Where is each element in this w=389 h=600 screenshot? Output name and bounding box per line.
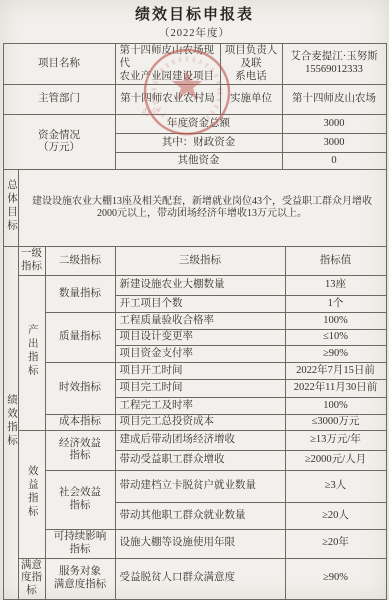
project-info-table: 项目名称 第十四师皮山农场现代 农业产业园建设项目 项目负责人及联 系电话 艾合… bbox=[3, 43, 387, 170]
indicator-row: 成本指标 项目完工总投资成本 ≤3000万元 bbox=[3, 414, 386, 430]
level2-quality: 质量指标 bbox=[45, 312, 115, 362]
performance-indicators-label: 绩效指标 bbox=[3, 247, 18, 600]
form-title: 绩效目标申报表 bbox=[0, 3, 389, 24]
level1-output: 产出指标 bbox=[18, 275, 45, 430]
indicator-row: 产出指标 数量指标 新建设施农业大棚数量 13座 bbox=[3, 275, 386, 295]
level2-timeliness: 时效指标 bbox=[45, 362, 115, 414]
indicator-value: 13座 bbox=[285, 275, 386, 295]
form-subtitle: （2022年度） bbox=[0, 25, 389, 40]
indicator-row: 满意 度指 标 服务对象 满意度指标 受益脱贫人口群众满意度 ≥90% bbox=[3, 558, 386, 599]
manager-label: 项目负责人及联 系电话 bbox=[220, 44, 282, 85]
table-row: 资金情况 （万元） 年度资金总额 3000 bbox=[3, 115, 386, 134]
overall-goal-text: 建设设施农业大棚13座及相关配套，新增就业岗位43个，受益职工群众月增收2000… bbox=[18, 170, 386, 247]
indicator-row: 可持续影响 指标 设施大棚等设施使用年限 ≥20年 bbox=[3, 529, 386, 558]
level2-economic: 经济效益 指标 bbox=[45, 430, 115, 470]
header-level2: 二级指标 bbox=[45, 247, 115, 276]
impl-unit-label: 实施单位 bbox=[220, 85, 282, 115]
indicator-name: 项目设计变更率 bbox=[115, 329, 285, 345]
indicator-value: ≤10% bbox=[285, 329, 386, 345]
project-name-label: 项目名称 bbox=[3, 44, 115, 85]
indicator-value: ≥90% bbox=[285, 558, 386, 599]
indicator-value: ≤3000万元 bbox=[285, 414, 386, 430]
funding-other-label: 其他资金 bbox=[115, 153, 282, 170]
indicator-value: 1个 bbox=[285, 295, 386, 312]
overall-goal-label: 总体目标 bbox=[3, 170, 18, 247]
funding-other-value: 0 bbox=[282, 153, 386, 170]
indicator-name: 受益脱贫人口群众满意度 bbox=[115, 558, 285, 599]
indicator-name: 工程质量验收合格率 bbox=[115, 312, 285, 329]
level2-quantity: 数量指标 bbox=[45, 275, 115, 312]
form-page: 绩效目标申报表 （2022年度） 项目名称 第十四师皮山农场现代 农业产业园建设… bbox=[0, 0, 389, 600]
indicator-name: 建成后带动团场经济增收 bbox=[115, 430, 285, 450]
indicator-row: 质量指标 工程质量验收合格率 100% bbox=[3, 312, 386, 329]
overall-goal-table: 总体目标 建设设施农业大棚13座及相关配套，新增就业岗位43个，受益职工群众月增… bbox=[3, 169, 387, 247]
level1-benefit: 效益指标 bbox=[18, 430, 45, 558]
indicators-header-row: 绩效指标 一级 指标 二级指标 三级指标 指标值 bbox=[3, 247, 386, 276]
indicator-row: 社会效益 指标 带动建档立卡脱贫户就业数量 ≥3人 bbox=[3, 470, 386, 502]
table-row: 主管部门 第十四师农业农村局 实施单位 第十四师皮山农场 bbox=[3, 85, 386, 115]
dept-value: 第十四师农业农村局 bbox=[115, 85, 220, 115]
funding-label: 资金情况 （万元） bbox=[3, 115, 115, 170]
level1-output-text: 产出指标 bbox=[26, 324, 37, 378]
indicator-value: ≥20人 bbox=[285, 502, 386, 529]
impl-unit-value: 第十四师皮山农场 bbox=[282, 85, 386, 115]
indicator-row: 时效指标 项目开工时间 2022年7月15日前 bbox=[3, 362, 386, 379]
dept-label: 主管部门 bbox=[3, 85, 115, 115]
table-row: 总体目标 建设设施农业大棚13座及相关配套，新增就业岗位43个，受益职工群众月增… bbox=[3, 170, 386, 247]
funding-total-value: 3000 bbox=[282, 115, 386, 134]
funding-fiscal-label: 其中：财政资金 bbox=[115, 134, 282, 153]
indicator-name: 项目开工时间 bbox=[115, 362, 285, 379]
performance-indicators-label-text: 绩效指标 bbox=[6, 394, 17, 448]
indicator-value: 100% bbox=[285, 397, 386, 414]
project-name-value: 第十四师皮山农场现代 农业产业园建设项目 bbox=[115, 44, 220, 85]
indicator-name: 工程完工及时率 bbox=[115, 397, 285, 414]
indicator-name: 项目完工总投资成本 bbox=[115, 414, 285, 430]
indicator-value: 2022年11月30日前 bbox=[285, 379, 386, 397]
indicator-value: 100% bbox=[285, 312, 386, 329]
indicator-name: 项目完工时间 bbox=[115, 379, 285, 397]
header-value: 指标值 bbox=[285, 247, 386, 276]
indicator-name: 项目资金支付率 bbox=[115, 345, 285, 362]
indicator-value: ≥13万元/年 bbox=[285, 430, 386, 450]
header-level3: 三级指标 bbox=[115, 247, 285, 276]
indicator-name: 开工项目个数 bbox=[115, 295, 285, 312]
indicator-row: 效益指标 经济效益 指标 建成后带动团场经济增收 ≥13万元/年 bbox=[3, 430, 386, 450]
indicator-value: ≥90% bbox=[285, 345, 386, 362]
overall-goal-label-text: 总体目标 bbox=[6, 179, 17, 233]
level1-benefit-text: 效益指标 bbox=[26, 465, 37, 519]
indicators-table: 绩效指标 一级 指标 二级指标 三级指标 指标值 产出指标 数量指标 新建设施农… bbox=[3, 246, 387, 600]
indicator-name: 带动受益职工群众增收 bbox=[115, 450, 285, 470]
level1-satisfaction: 满意 度指 标 bbox=[18, 558, 45, 599]
header-level1: 一级 指标 bbox=[18, 247, 45, 276]
level2-social: 社会效益 指标 bbox=[45, 470, 115, 529]
level2-cost: 成本指标 bbox=[45, 414, 115, 430]
indicator-value: 2022年7月15日前 bbox=[285, 362, 386, 379]
indicator-name: 带动建档立卡脱贫户就业数量 bbox=[115, 470, 285, 502]
indicator-value: ≥3人 bbox=[285, 470, 386, 502]
funding-fiscal-value: 3000 bbox=[282, 134, 386, 153]
level2-service: 服务对象 满意度指标 bbox=[45, 558, 115, 599]
funding-total-label: 年度资金总额 bbox=[115, 115, 282, 134]
indicator-name: 新建设施农业大棚数量 bbox=[115, 275, 285, 295]
indicator-value: ≥2000元/人月 bbox=[285, 450, 386, 470]
level2-sustainable: 可持续影响 指标 bbox=[45, 529, 115, 558]
table-row: 项目名称 第十四师皮山农场现代 农业产业园建设项目 项目负责人及联 系电话 艾合… bbox=[3, 44, 386, 85]
indicator-value: ≥20年 bbox=[285, 529, 386, 558]
indicator-name: 设施大棚等设施使用年限 bbox=[115, 529, 285, 558]
manager-value: 艾合麦提江·玉努斯 15569012333 bbox=[282, 44, 386, 85]
indicator-name: 带动其他职工群众就业数量 bbox=[115, 502, 285, 529]
